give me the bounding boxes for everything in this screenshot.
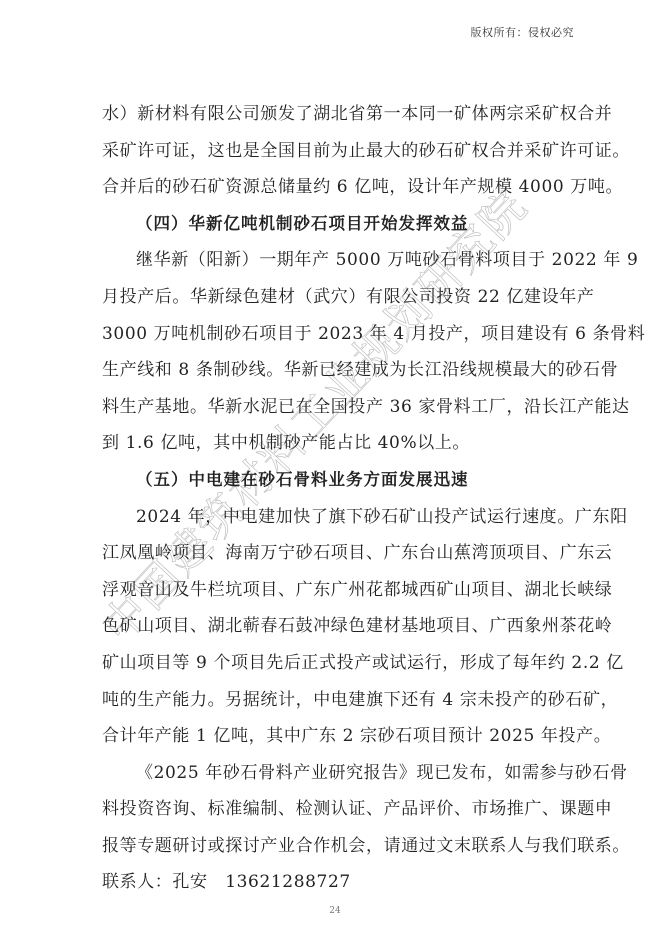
- paragraph-line: 生产线和 8 条制砂线。华新已经建成为长江沿线规模最大的砂石骨: [102, 352, 572, 389]
- copyright-header: 版权所有：侵权必究: [471, 24, 575, 40]
- paragraph-line: 合并后的砂石矿资源总储量约 6 亿吨，设计年产规模 4000 万吨。: [102, 169, 572, 206]
- paragraph-line: 矿山项目等 9 个项目先后正式投产或试运行，形成了每年约 2.2 亿: [102, 645, 572, 682]
- paragraph-line: 《2025 年砂石骨料产业研究报告》现已发布，如需参与砂石骨: [102, 755, 572, 792]
- page-number: 24: [0, 906, 670, 916]
- paragraph-line: 浮观音山及牛栏坑项目、广东广州花都城西矿山项目、湖北长峡绿: [102, 572, 572, 609]
- paragraph-line: 到 1.6 亿吨，其中机制砂产能占比 40%以上。: [102, 425, 572, 462]
- document-body: 水）新材料有限公司颁发了湖北省第一本同一矿体两宗采矿权合并 采矿许可证，这也是全…: [102, 96, 572, 901]
- paragraph-line: 江凤凰岭项目、海南万宁砂石项目、广东台山蕉湾顶项目、广东云: [102, 535, 572, 572]
- paragraph-line: 继华新（阳新）一期年产 5000 万吨砂石骨料项目于 2022 年 9: [102, 242, 572, 279]
- section-heading-4: （四）华新亿吨机制砂石项目开始发挥效益: [102, 206, 572, 243]
- section-heading-5: （五）中电建在砂石骨料业务方面发展迅速: [102, 462, 572, 499]
- paragraph-line: 2024 年，中电建加快了旗下砂石矿山投产试运行速度。广东阳: [102, 499, 572, 536]
- paragraph-line: 报等专题研讨或探讨产业合作机会，请通过文末联系人与我们联系。: [102, 828, 572, 865]
- paragraph-line: 料生产基地。华新水泥已在全国投产 36 家骨料工厂，沿长江产能达: [102, 389, 572, 426]
- paragraph-line: 合计年产能 1 亿吨，其中广东 2 宗砂石项目预计 2025 年投产。: [102, 718, 572, 755]
- paragraph-line: 吨的生产能力。另据统计，中电建旗下还有 4 宗未投产的砂石矿，: [102, 682, 572, 719]
- paragraph-line: 水）新材料有限公司颁发了湖北省第一本同一矿体两宗采矿权合并: [102, 96, 572, 133]
- paragraph-line: 色矿山项目、湖北蕲春石鼓冲绿色建材基地项目、广西象州茶花岭: [102, 608, 572, 645]
- paragraph-line: 月投产后。华新绿色建材（武穴）有限公司投资 22 亿建设年产: [102, 279, 572, 316]
- paragraph-line: 采矿许可证，这也是全国目前为止最大的砂石矿权合并采矿许可证。: [102, 133, 572, 170]
- paragraph-line: 3000 万吨机制砂石项目于 2023 年 4 月投产，项目建设有 6 条骨料: [102, 316, 572, 353]
- contact-line: 联系人：孔安 13621288727: [102, 864, 572, 901]
- paragraph-line: 料投资咨询、标准编制、检测认证、产品评价、市场推广、课题申: [102, 791, 572, 828]
